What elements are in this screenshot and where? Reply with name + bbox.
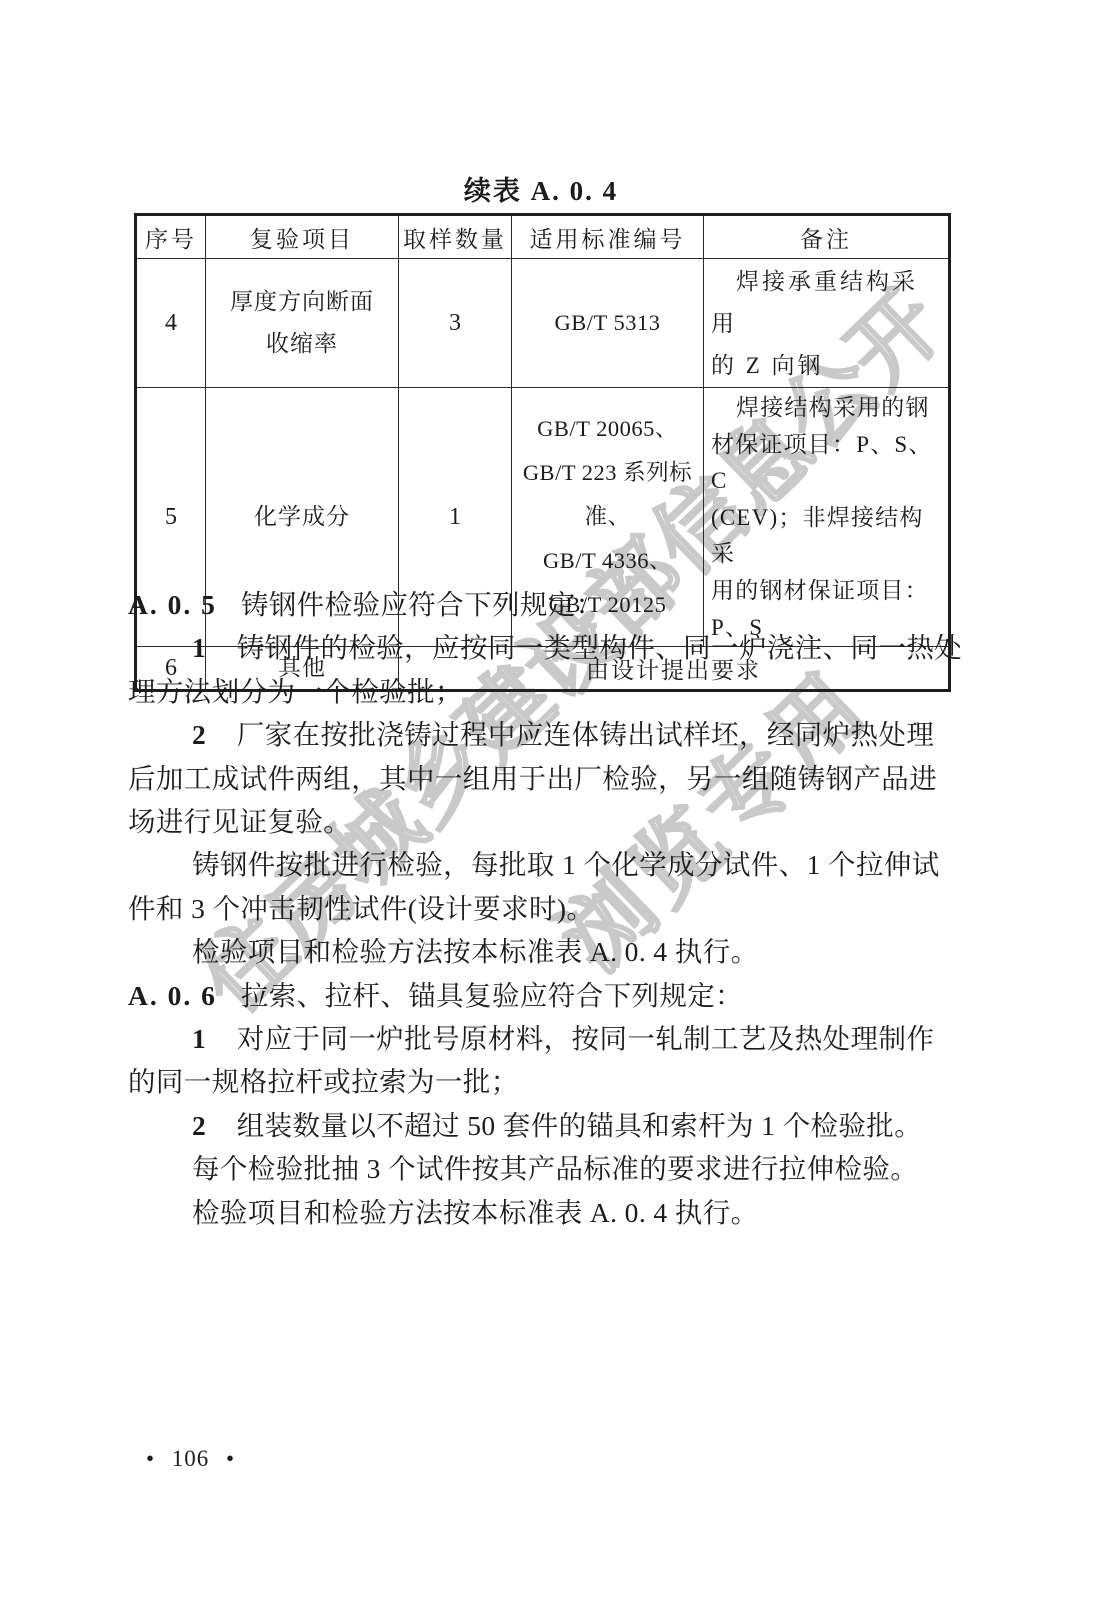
line-text: 检验项目和检验方法按本标准表 A. 0. 4 执行。 [192, 1197, 759, 1228]
body-text: A. 0. 5铸钢件检验应符合下列规定： 1铸钢件的检验，应按同一类型构件、同一… [128, 583, 946, 1234]
item-number: 1 [192, 632, 207, 663]
item-number: 1 [192, 1023, 207, 1054]
row4-item: 厚度方向断面 收缩率 [206, 259, 399, 388]
line-text: 对应于同一炉批号原材料，按同一轧制工艺及热处理制作 [237, 1023, 935, 1054]
text-line: 每个检验批抽 3 个试件按其产品标准的要求进行拉伸检验。 [128, 1147, 946, 1190]
row4-standard: GB/T 5313 [512, 259, 704, 388]
header-qty: 取样数量 [399, 215, 512, 259]
header-item: 复验项目 [206, 215, 399, 259]
table-header-row: 序号 复验项目 取样数量 适用标准编号 备注 [136, 215, 950, 259]
header-remark: 备注 [704, 215, 950, 259]
text-line: 场进行见证复验。 [128, 800, 946, 843]
clause-number: A. 0. 6 [128, 980, 217, 1011]
line-text: 检验项目和检验方法按本标准表 A. 0. 4 执行。 [192, 936, 759, 967]
text-line: 检验项目和检验方法按本标准表 A. 0. 4 执行。 [128, 930, 946, 973]
text-line: 铸钢件按批进行检验，每批取 1 个化学成分试件、1 个拉伸试 [128, 843, 946, 886]
text-line: 1铸钢件的检验，应按同一类型构件、同一炉浇注、同一热处 [128, 626, 946, 669]
line-text: 后加工成试件两组，其中一组用于出厂检验，另一组随铸钢产品进 [128, 763, 937, 794]
line-text: 件和 3 个冲击韧性试件(设计要求时)。 [128, 893, 594, 924]
item-number: 2 [192, 1110, 207, 1141]
line-text: 场进行见证复验。 [128, 806, 351, 837]
item-number: 2 [192, 719, 207, 750]
text-line: A. 0. 6拉索、拉杆、锚具复验应符合下列规定： [128, 974, 946, 1017]
row4-qty: 3 [399, 259, 512, 388]
row4-seq: 4 [136, 259, 206, 388]
text-line: 件和 3 个冲击韧性试件(设计要求时)。 [128, 887, 946, 930]
text-line: 理方法划分为一个检验批； [128, 670, 946, 713]
line-text: 铸钢件检验应符合下列规定： [241, 589, 604, 620]
table-title: 续表 A. 0. 4 [134, 169, 948, 208]
text-line: 2组装数量以不超过 50 套件的锚具和索杆为 1 个检验批。 [128, 1104, 946, 1147]
text-line: 检验项目和检验方法按本标准表 A. 0. 4 执行。 [128, 1191, 946, 1234]
row4-remark: 焊接承重结构采用 的 Z 向钢 [704, 259, 950, 388]
text-line: A. 0. 5铸钢件检验应符合下列规定： [128, 583, 946, 626]
line-text: 拉索、拉杆、锚具复验应符合下列规定： [241, 980, 743, 1011]
text-line: 后加工成试件两组，其中一组用于出厂检验，另一组随铸钢产品进 [128, 757, 946, 800]
clause-number: A. 0. 5 [128, 589, 217, 620]
table-row: 4 厚度方向断面 收缩率 3 GB/T 5313 焊接承重结构采用 的 Z 向钢 [136, 259, 950, 388]
line-text: 厂家在按批浇铸过程中应连体铸出试样坯，经同炉热处理 [237, 719, 935, 750]
document-page: 住房城乡建设部信息公开 浏览专用 续表 A. 0. 4 序号 复验项目 取样数量… [0, 0, 1106, 1598]
text-line: 2厂家在按批浇铸过程中应连体铸出试样坯，经同炉热处理 [128, 713, 946, 756]
line-text: 的同一规格拉杆或拉索为一批； [128, 1066, 519, 1097]
line-text: 铸钢件按批进行检验，每批取 1 个化学成分试件、1 个拉伸试 [192, 849, 940, 880]
header-seq: 序号 [136, 215, 206, 259]
line-text: 每个检验批抽 3 个试件按其产品标准的要求进行拉伸检验。 [192, 1153, 918, 1184]
page-number: • 106 • [146, 1446, 235, 1472]
line-text: 组装数量以不超过 50 套件的锚具和索杆为 1 个检验批。 [237, 1110, 922, 1141]
line-text: 铸钢件的检验，应按同一类型构件、同一炉浇注、同一热处 [237, 632, 962, 663]
header-standard: 适用标准编号 [512, 215, 704, 259]
line-text: 理方法划分为一个检验批； [128, 676, 463, 707]
text-line: 1对应于同一炉批号原材料，按同一轧制工艺及热处理制作 [128, 1017, 946, 1060]
text-line: 的同一规格拉杆或拉索为一批； [128, 1060, 946, 1103]
